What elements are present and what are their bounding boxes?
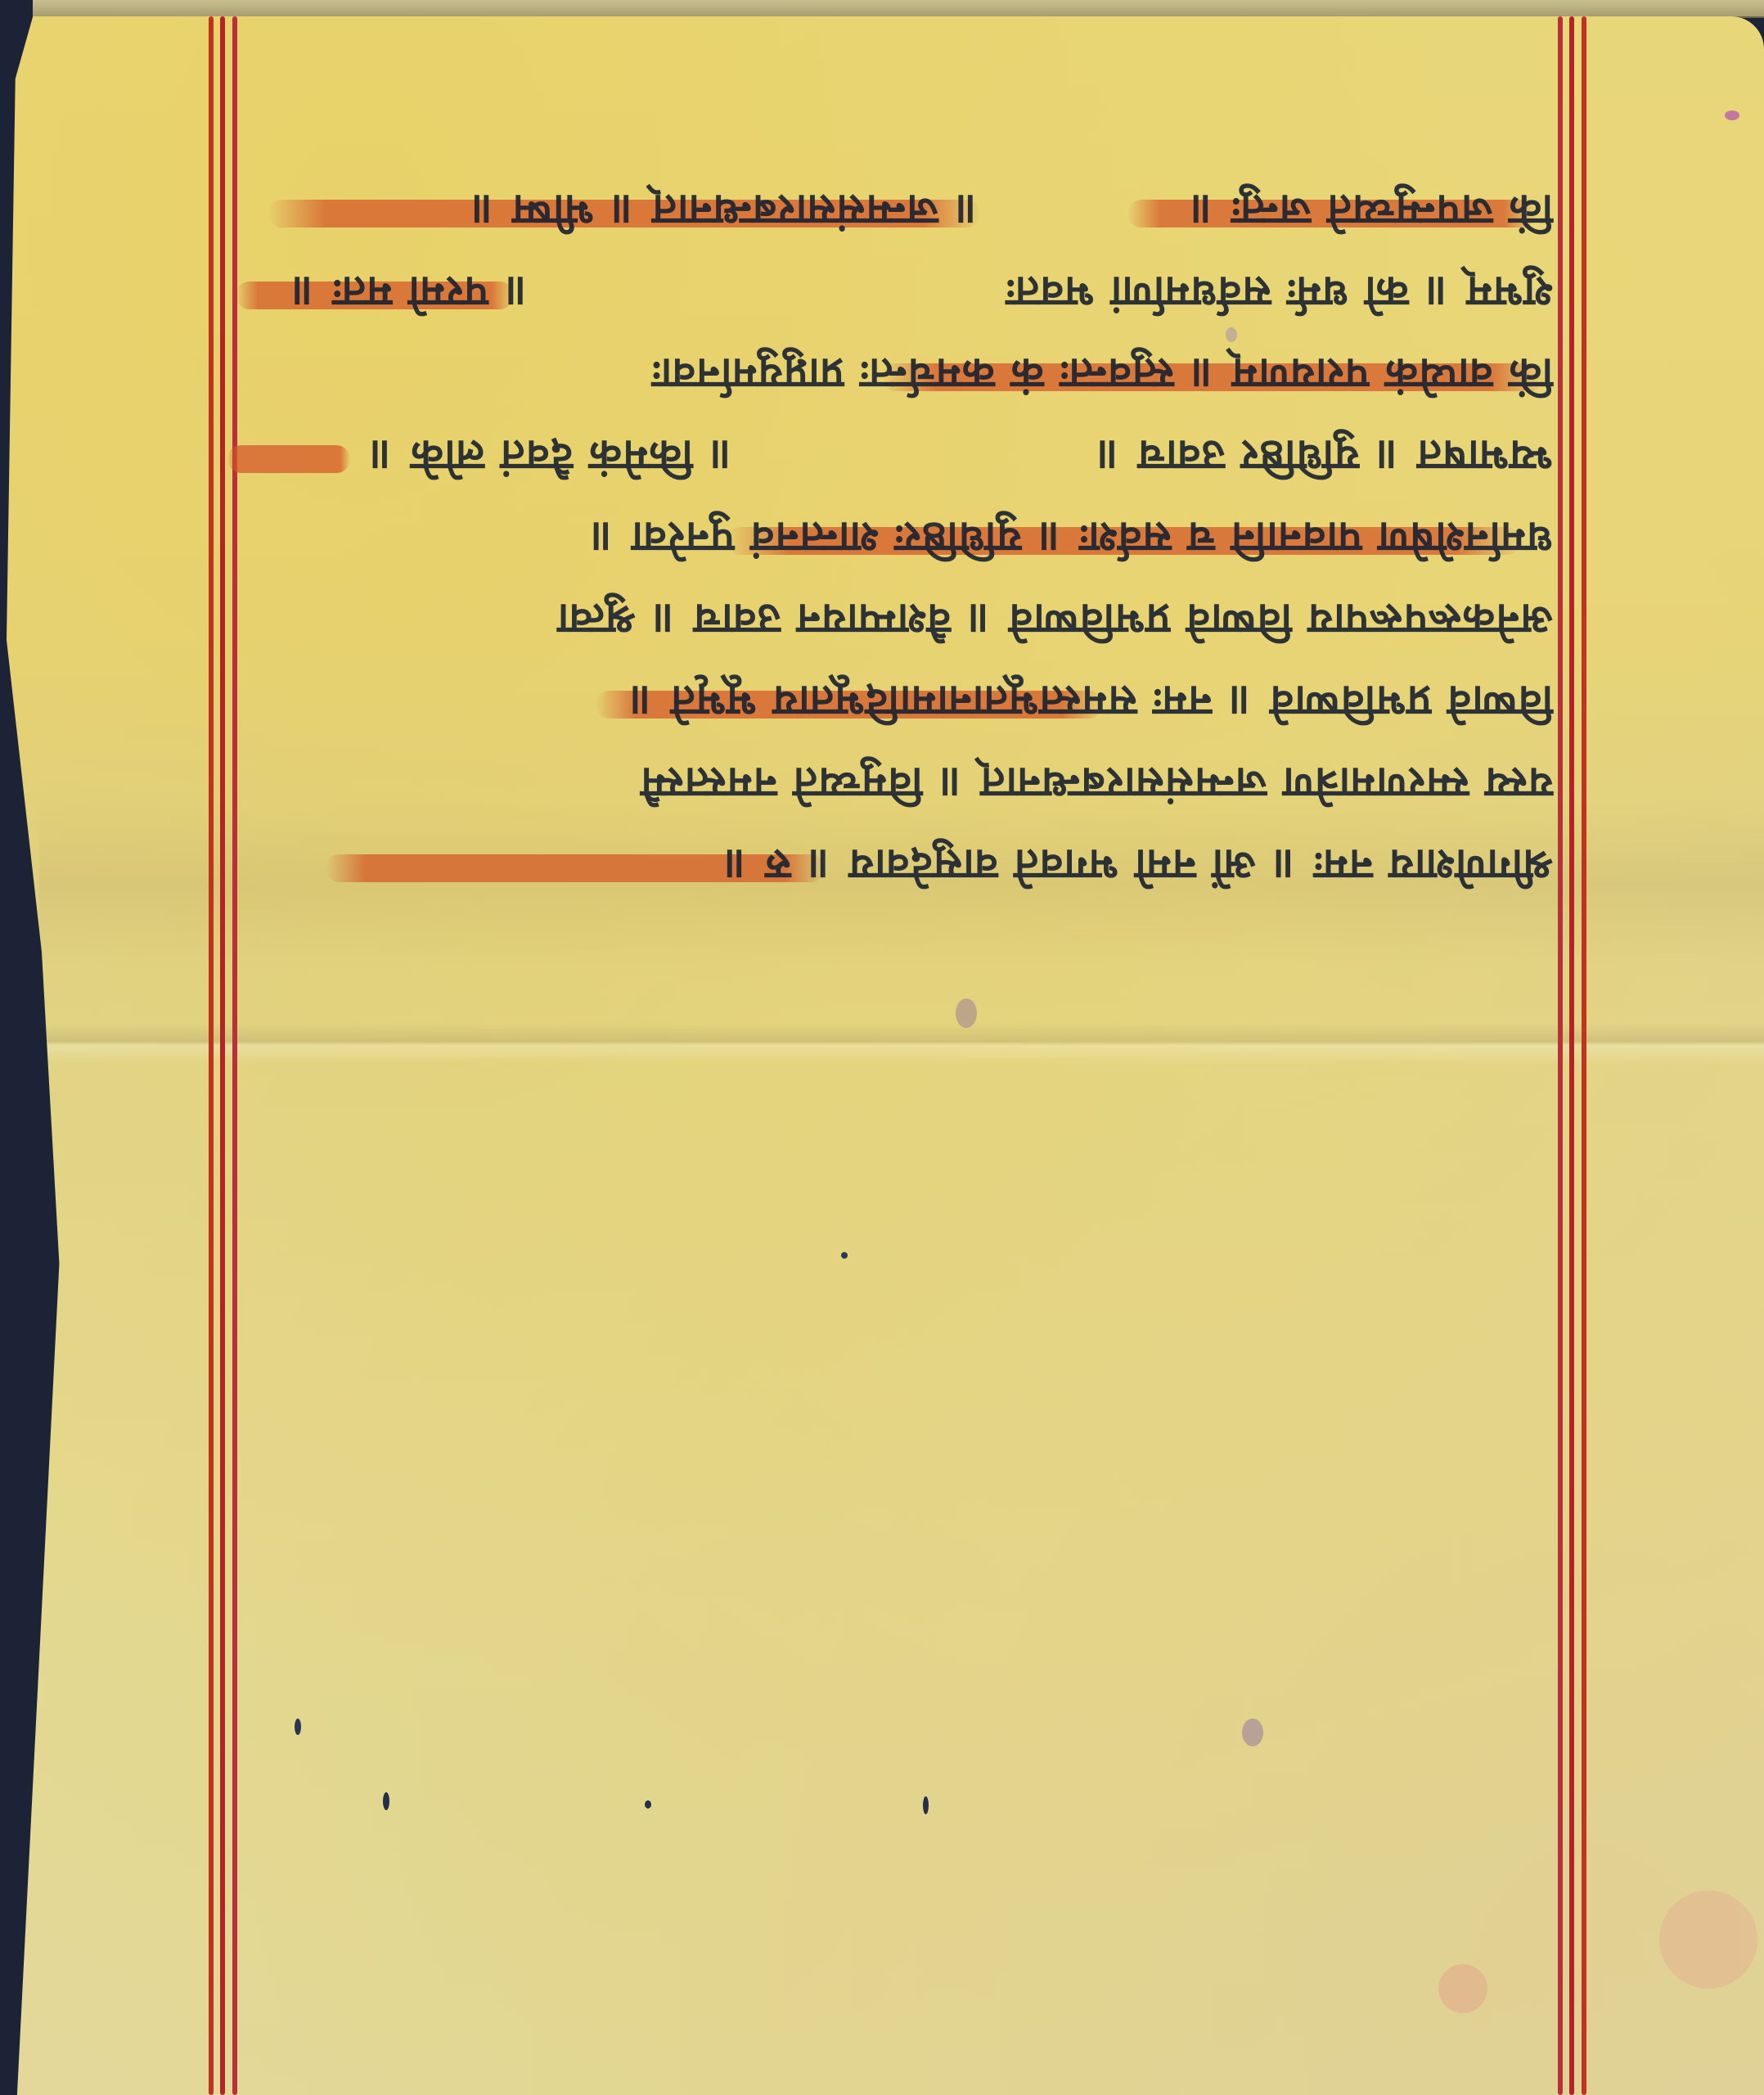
left-margin-rule-1 (209, 16, 214, 2095)
ink-stain (1242, 1719, 1263, 1746)
ink-dot (923, 1796, 929, 1814)
text-line-1: श्रीगणेशाय नमः ॥ ओं नमो भगवते वासुदेवाय … (236, 835, 1553, 900)
text-segment: ॥ जन्मसंसारबन्धनात् ॥ भीष्म ॥ (470, 182, 980, 241)
text-segment: श्रीगणेशाय नमः ॥ ओं नमो भगवते वासुदेवाय … (722, 837, 1553, 895)
text-segment: ॥ किमेकं दैवतं लोके ॥ (368, 428, 735, 486)
right-margin-rule-3 (1582, 16, 1586, 2095)
ink-dot (841, 1252, 848, 1259)
text-segment: ॥ परमो मतः ॥ (290, 264, 530, 322)
text-segment: किं जपन्मुच्यते जन्तुः ॥ (1189, 182, 1553, 241)
left-margin-rule-2 (220, 16, 225, 2095)
ink-stain (1725, 110, 1739, 120)
ink-stain (1438, 1964, 1487, 2013)
ink-stain (956, 998, 977, 1028)
text-line-5: धर्मानशेषेण पावनानि च सर्वशः ॥ युधिष्ठिर… (236, 507, 1553, 573)
right-margin-rule-1 (1558, 16, 1563, 2095)
red-smudge (1659, 1890, 1757, 1989)
text-line-4: अनेकरूपरूपाय विष्णवे प्रभविष्णवे ॥ वैशम्… (236, 589, 1553, 655)
text-line-9: किं जपन्मुच्यते जन्तुः ॥ ॥ जन्मसंसारबन्ध… (236, 180, 1553, 246)
ink-dot (295, 1719, 301, 1735)
page-fold-crease (23, 1023, 1764, 1064)
text-line-6: भ्यभाषत ॥ युधिष्ठिर उवाच ॥ ॥ किमेकं दैवत… (236, 426, 1553, 491)
ink-dot (383, 1792, 389, 1810)
text-segment: शुभम् ॥ को धर्मः सर्वधर्माणां भवतः (1006, 264, 1553, 322)
ink-dot (645, 1800, 651, 1809)
text-segment: धर्मानशेषेण पावनानि च सर्वशः ॥ युधिष्ठिर… (589, 510, 1553, 568)
text-line-2: यस्य स्मरणमात्रेण जन्मसंसारबन्धनात् ॥ वि… (236, 753, 1553, 818)
rubric-highlight (227, 445, 350, 473)
text-segment: विष्णवे प्रभविष्णवे ॥ नमः समस्तभूतानामाद… (628, 674, 1553, 732)
text-segment: भ्यभाषत ॥ युधिष्ठिर उवाच ॥ (1096, 428, 1553, 486)
manuscript-page: श्रीगणेशाय नमः ॥ ओं नमो भगवते वासुदेवाय … (7, 16, 1764, 2095)
text-segment: यस्य स्मरणमात्रेण जन्मसंसारबन्धनात् ॥ वि… (640, 755, 1553, 813)
upper-folio-edge (33, 0, 1764, 18)
text-line-3: विष्णवे प्रभविष्णवे ॥ नमः समस्तभूतानामाद… (236, 671, 1553, 737)
text-line-8: शुभम् ॥ को धर्मः सर्वधर्माणां भवतः ॥ परम… (236, 262, 1553, 327)
manuscript-text-block: श्रीगणेशाय नमः ॥ ओं नमो भगवते वासुदेवाय … (236, 180, 1553, 900)
text-segment: अनेकरूपरूपाय विष्णवे प्रभविष्णवे ॥ वैशम्… (557, 592, 1553, 650)
text-segment: किं वाप्येकं परायणम् ॥ स्तुवन्तः कं कमर्… (651, 346, 1553, 404)
text-line-7: किं वाप्येकं परायणम् ॥ स्तुवन्तः कं कमर्… (236, 344, 1553, 409)
right-margin-rule-2 (1569, 16, 1574, 2095)
